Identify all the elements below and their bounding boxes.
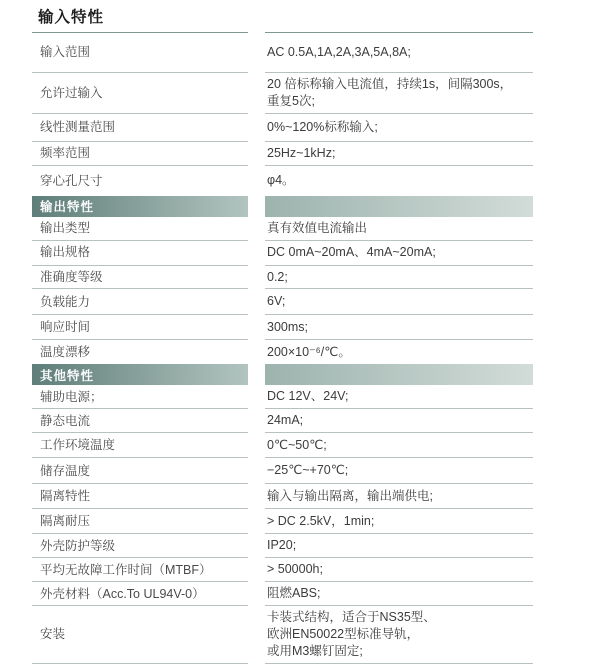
spec-row-value: 0%~120%标称输入; bbox=[267, 119, 378, 136]
other-section-header-row: 其他特性 bbox=[32, 364, 533, 385]
column-gap bbox=[248, 10, 265, 33]
spec-row-label: 隔离特性 bbox=[40, 488, 90, 504]
section-header-bar-right bbox=[265, 364, 533, 385]
page-title-cell: 输入特性 bbox=[32, 10, 248, 33]
spec-row-value: > DC 2.5kV，1min; bbox=[267, 513, 374, 530]
section-header-bar: 其他特性 bbox=[32, 364, 248, 385]
spec-row-label: 外壳防护等级 bbox=[40, 538, 115, 554]
spec-row-value: 0.2; bbox=[267, 269, 288, 286]
spec-row-value: 输入与输出隔离，输出端供电; bbox=[267, 488, 433, 505]
spec-row: 频率范围 25Hz~1kHz; bbox=[32, 142, 533, 166]
spec-row: 准确度等级 0.2; bbox=[32, 266, 533, 290]
spec-row: 平均无故障工作时间（MTBF） > 50000h; bbox=[32, 558, 533, 582]
spec-row: 负载能力 6V; bbox=[32, 289, 533, 315]
spec-row-value: 6V; bbox=[267, 293, 285, 310]
spec-row: 外壳防护等级 IP20; bbox=[32, 534, 533, 558]
spec-row-value: DC 12V、24V; bbox=[267, 388, 349, 405]
spec-row: 静态电流 24mA; bbox=[32, 409, 533, 433]
spec-row-value: −25℃~+70℃; bbox=[267, 462, 348, 479]
spec-row-value: 阻燃ABS; bbox=[267, 585, 321, 602]
spec-row-value: AC 0.5A,1A,2A,3A,5A,8A; bbox=[267, 44, 411, 61]
spec-row-label: 输入范围 bbox=[40, 44, 90, 60]
spec-row: 允许过输入 20 倍标称输入电流值，持续1s，间隔300s， 重复5次; bbox=[32, 73, 533, 114]
spec-row-label: 安装 bbox=[40, 626, 65, 642]
spec-row: 工作环境温度 0℃~50℃; bbox=[32, 433, 533, 458]
spec-row: 穿心孔尺寸 φ4。 bbox=[32, 166, 533, 196]
spec-row-label: 辅助电源； bbox=[40, 389, 103, 405]
spec-row: 辅助电源； DC 12V、24V; bbox=[32, 385, 533, 409]
spec-row: 储存温度 −25℃~+70℃; bbox=[32, 458, 533, 484]
spec-row-label: 输出规格 bbox=[40, 244, 90, 260]
spec-row-label: 线性测量范围 bbox=[40, 119, 115, 135]
spec-row-value: IP20; bbox=[267, 537, 296, 554]
spec-row: 响应时间 300ms; bbox=[32, 315, 533, 340]
section-header-label: 其他特性 bbox=[40, 366, 94, 384]
spec-row: 外壳材料（Acc.To UL94V-0） 阻燃ABS; bbox=[32, 582, 533, 606]
spec-sheet: 输入特性 输入范围 AC 0.5A,1A,2A,3A,5A,8A; 允许过输入 … bbox=[0, 0, 605, 665]
spec-row-value: 24mA; bbox=[267, 412, 303, 429]
page-title: 输入特性 bbox=[38, 5, 104, 27]
input-section-header-row: 输入特性 bbox=[32, 10, 533, 33]
section-header-bar: 输出特性 bbox=[32, 196, 248, 217]
spec-row-value: 25Hz~1kHz; bbox=[267, 145, 335, 162]
spec-row-value: DC 0mA~20mA、4mA~20mA; bbox=[267, 244, 436, 261]
spec-row-value: 200×10⁻⁶/℃。 bbox=[267, 344, 351, 361]
spec-row-value: 20 倍标称输入电流值，持续1s，间隔300s， 重复5次; bbox=[267, 76, 512, 110]
spec-row-value: 卡装式结构，适合于NS35型、 欧洲EN50022型标准导轨， 或用M3螺钉固定… bbox=[267, 609, 436, 660]
spec-row-label: 储存温度 bbox=[40, 463, 90, 479]
spec-row-label: 隔离耐压 bbox=[40, 513, 90, 529]
spec-row-label: 负载能力 bbox=[40, 294, 90, 310]
spec-row-value: > 50000h; bbox=[267, 561, 323, 578]
spec-row-label: 温度漂移 bbox=[40, 344, 90, 360]
spec-row-label: 静态电流 bbox=[40, 413, 90, 429]
spec-row-label: 平均无故障工作时间（MTBF） bbox=[40, 562, 212, 578]
section-header-bar-right bbox=[265, 196, 533, 217]
spec-row-label: 穿心孔尺寸 bbox=[40, 173, 103, 189]
spec-row: 线性测量范围 0%~120%标称输入; bbox=[32, 114, 533, 142]
spec-row-value: 300ms; bbox=[267, 319, 308, 336]
spec-row: 隔离耐压 > DC 2.5kV，1min; bbox=[32, 509, 533, 534]
spec-row-label: 工作环境温度 bbox=[40, 437, 115, 453]
spec-row-label: 响应时间 bbox=[40, 319, 90, 335]
spec-row-label: 准确度等级 bbox=[40, 269, 103, 285]
spec-row: 输出类型 真有效值电流输出 bbox=[32, 217, 533, 241]
spec-row-label: 允许过输入 bbox=[40, 85, 103, 101]
spec-row: 温度漂移 200×10⁻⁶/℃。 bbox=[32, 340, 533, 364]
spec-row-value: 0℃~50℃; bbox=[267, 437, 327, 454]
spec-row-label: 频率范围 bbox=[40, 145, 90, 161]
spec-row-label: 输出类型 bbox=[40, 220, 90, 236]
output-section-header-row: 输出特性 bbox=[32, 196, 533, 217]
spec-row-value: φ4。 bbox=[267, 172, 295, 189]
spec-row: 隔离特性 输入与输出隔离，输出端供电; bbox=[32, 484, 533, 509]
page-title-rule bbox=[265, 10, 533, 33]
spec-row: 输出规格 DC 0mA~20mA、4mA~20mA; bbox=[32, 241, 533, 266]
section-header-label: 输出特性 bbox=[40, 197, 94, 215]
spec-row-label: 外壳材料（Acc.To UL94V-0） bbox=[40, 586, 205, 602]
spec-row-value: 真有效值电流输出 bbox=[267, 220, 367, 237]
spec-row: 输入范围 AC 0.5A,1A,2A,3A,5A,8A; bbox=[32, 33, 533, 73]
spec-row: 安装 卡装式结构，适合于NS35型、 欧洲EN50022型标准导轨， 或用M3螺… bbox=[32, 606, 533, 664]
